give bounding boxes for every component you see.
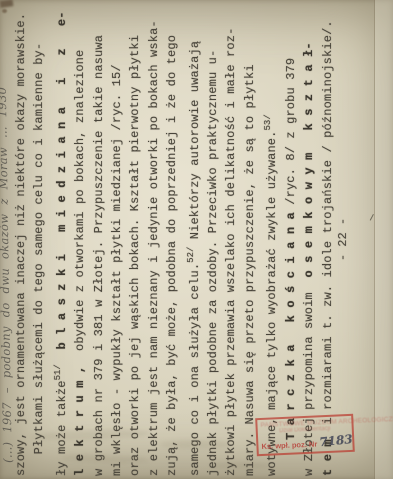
ink-bleedthrough	[210, 462, 270, 469]
footnote-marker: 52/	[186, 247, 196, 263]
ink-bleedthrough	[160, 440, 230, 449]
typed-line: l e k t r u m , obydwie z otworkami po b…	[71, 3, 89, 476]
typed-segment: jednak płytki podobne za ozdoby. Przeciw…	[206, 50, 220, 476]
scanned-typewritten-page: (…) 1967 – podobny do dwu okazów z Moraw…	[0, 0, 393, 479]
typed-line: w grobach nr 379 i 381 w Złotej. Przypus…	[90, 3, 108, 476]
typed-segment: /ryc. 8/ z grobu 379	[284, 58, 298, 212]
typed-line: z elektrum jest nam nieznany i jedynie o…	[145, 3, 163, 476]
typed-line: t e m i rozmiarami t. zw. idole trojańsk…	[319, 3, 337, 476]
stamp-accession-line: Ks. wpł. poz. Nr 7183	[261, 436, 349, 452]
typed-segment: w grobach nr 379 i 381 w Złotej. Przypus…	[92, 35, 106, 476]
typed-text: szowy, jest ornamentowana inaczej niż ni…	[12, 3, 337, 476]
paper-crease	[374, 0, 375, 479]
typed-line: ły może także51/ b l a s z k i m i e d z…	[49, 3, 71, 476]
library-stamp: PAŃSTWOWE MUZEUM ARCHEOLOGICZNE Dział Do…	[255, 414, 355, 456]
typed-line: T a r c z k a k o ś c i a n a /ryc. 8/ z…	[282, 3, 300, 476]
page-number: - 22 -	[336, 0, 350, 479]
typed-line: miary. Nasuwa się przeto przypuszczenie,…	[241, 3, 259, 476]
typed-line: szowy, jest ornamentowana inaczej niż ni…	[12, 3, 30, 476]
corner-speck	[2, 9, 7, 13]
typed-segment: z elektrum jest nam nieznany i jedynie o…	[147, 20, 161, 476]
typed-segment: Płytkami służącemi do tego samego celu c…	[32, 43, 46, 455]
typed-segment: Niektórzy autorowie uważają	[188, 41, 202, 247]
typed-line: mi wklęsło - wypukły kształt płytki mied…	[108, 3, 126, 476]
stamp-accession-label: Ks. wpł. poz. Nr	[261, 439, 317, 451]
typed-line: zują, że była, być może, podobna do popr…	[163, 3, 181, 476]
typed-segment: szowy, jest ornamentowana inaczej niż ni…	[14, 13, 28, 476]
typed-segment: ły może także	[55, 380, 69, 476]
ink-bleedthrough	[20, 300, 32, 360]
typed-segment: obydwie z otworkami po bokach, znalezion…	[73, 50, 87, 366]
paper-edge-strip	[375, 0, 393, 479]
typed-line: wotywne, mające tylko wyobrażać zwykle u…	[259, 3, 281, 476]
typed-segment: T a r c z k a k o ś c i a n a	[284, 212, 298, 440]
typed-line: w Złotej przypomina swoim o s e m k o w …	[300, 3, 318, 476]
typed-line: samego co i ona służyła celu.52/ Niektór…	[182, 3, 204, 476]
typed-line: oraz otworki po jej wąskich bokach. Kszt…	[126, 3, 144, 476]
typed-segment: oraz otworki po jej wąskich bokach. Kszt…	[128, 35, 142, 476]
rotated-page: (…) 1967 – podobny do dwu okazów z Moraw…	[0, 0, 393, 479]
accession-number-handwritten: 7183	[319, 434, 353, 447]
typed-segment: żytkowi płytek przemawia wszelako ich de…	[224, 28, 238, 476]
typed-segment: miary. Nasuwa się przeto przypuszczenie,…	[243, 64, 257, 476]
typed-segment: zują, że była, być może, podobna do popr…	[165, 35, 179, 476]
footnote-marker: 51/	[53, 364, 63, 380]
typed-segment: i rozmiarami t. zw. idole trojańskie / p…	[321, 20, 335, 439]
typed-line: żytkowi płytek przemawia wszelako ich de…	[222, 3, 240, 476]
typed-segment: o s e m k o w y m k s z t a ł-	[302, 42, 316, 277]
typed-segment: mi wklęsło - wypukły kształt płytki mied…	[110, 64, 124, 476]
footnote-marker: 53/	[263, 114, 273, 130]
typed-segment: b l a s z k i m i e d z i a n a i z e-	[55, 11, 69, 349]
typed-line: Płytkami służącemi do tego samego celu c…	[30, 3, 48, 476]
typed-line: jednak płytki podobne za ozdoby. Przeciw…	[204, 3, 222, 476]
typed-segment	[55, 350, 69, 365]
